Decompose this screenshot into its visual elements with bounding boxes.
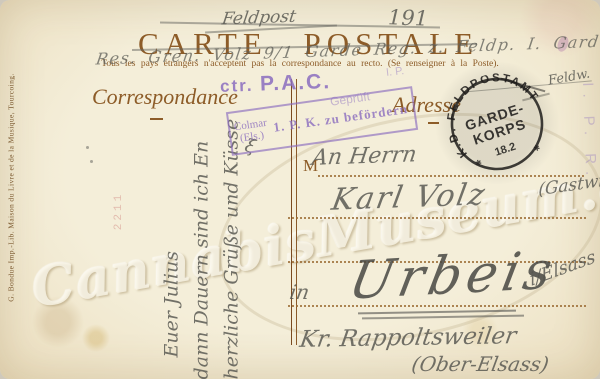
postmark-date: 18.2 [493, 141, 517, 159]
pencil-dot [86, 146, 89, 149]
message-handwriting: Euer Julius dann Dauern sind ich En herz… [157, 185, 249, 379]
message-line: dann Dauern sind ich En [187, 185, 217, 379]
postcard-scan: CannabisMuseum.com G. Bondue Imp.-Lib. M… [0, 0, 600, 379]
faint-red-mark: 2211 [113, 192, 125, 230]
correspondance-label: Correspondance [92, 84, 238, 110]
stamp-fragment: I. P. [385, 65, 404, 79]
message-line: Euer Julius [157, 185, 187, 379]
pac-censor-stamp: ctr. P.A.C. [220, 70, 332, 98]
message-line: herzliche Grüße und Küsse [217, 185, 247, 379]
address-district: Kr. Rappoltsweiler [298, 323, 518, 353]
feldpost-note: Feldpost [221, 7, 298, 30]
publisher-credit: G. Bondue Imp.-Lib. Maison du Livre et d… [7, 33, 20, 343]
address-rule-1 [318, 175, 586, 177]
pac-stamp-prefix: ctr. [220, 76, 254, 96]
stamp-fragment: I. P. R. [579, 82, 599, 182]
pencil-dot [90, 160, 93, 163]
postmark-star-right: ✱ [532, 143, 541, 154]
correspondance-dash [150, 118, 163, 120]
colmar-stamp-city: Colmar (Els.) [233, 117, 269, 145]
pac-stamp-text: P.A.C. [260, 70, 332, 95]
card-number-note: 191 [388, 5, 429, 30]
address-district-2: (Ober-Elsass) [410, 352, 551, 376]
address-salutation: An Herrn [310, 142, 418, 171]
